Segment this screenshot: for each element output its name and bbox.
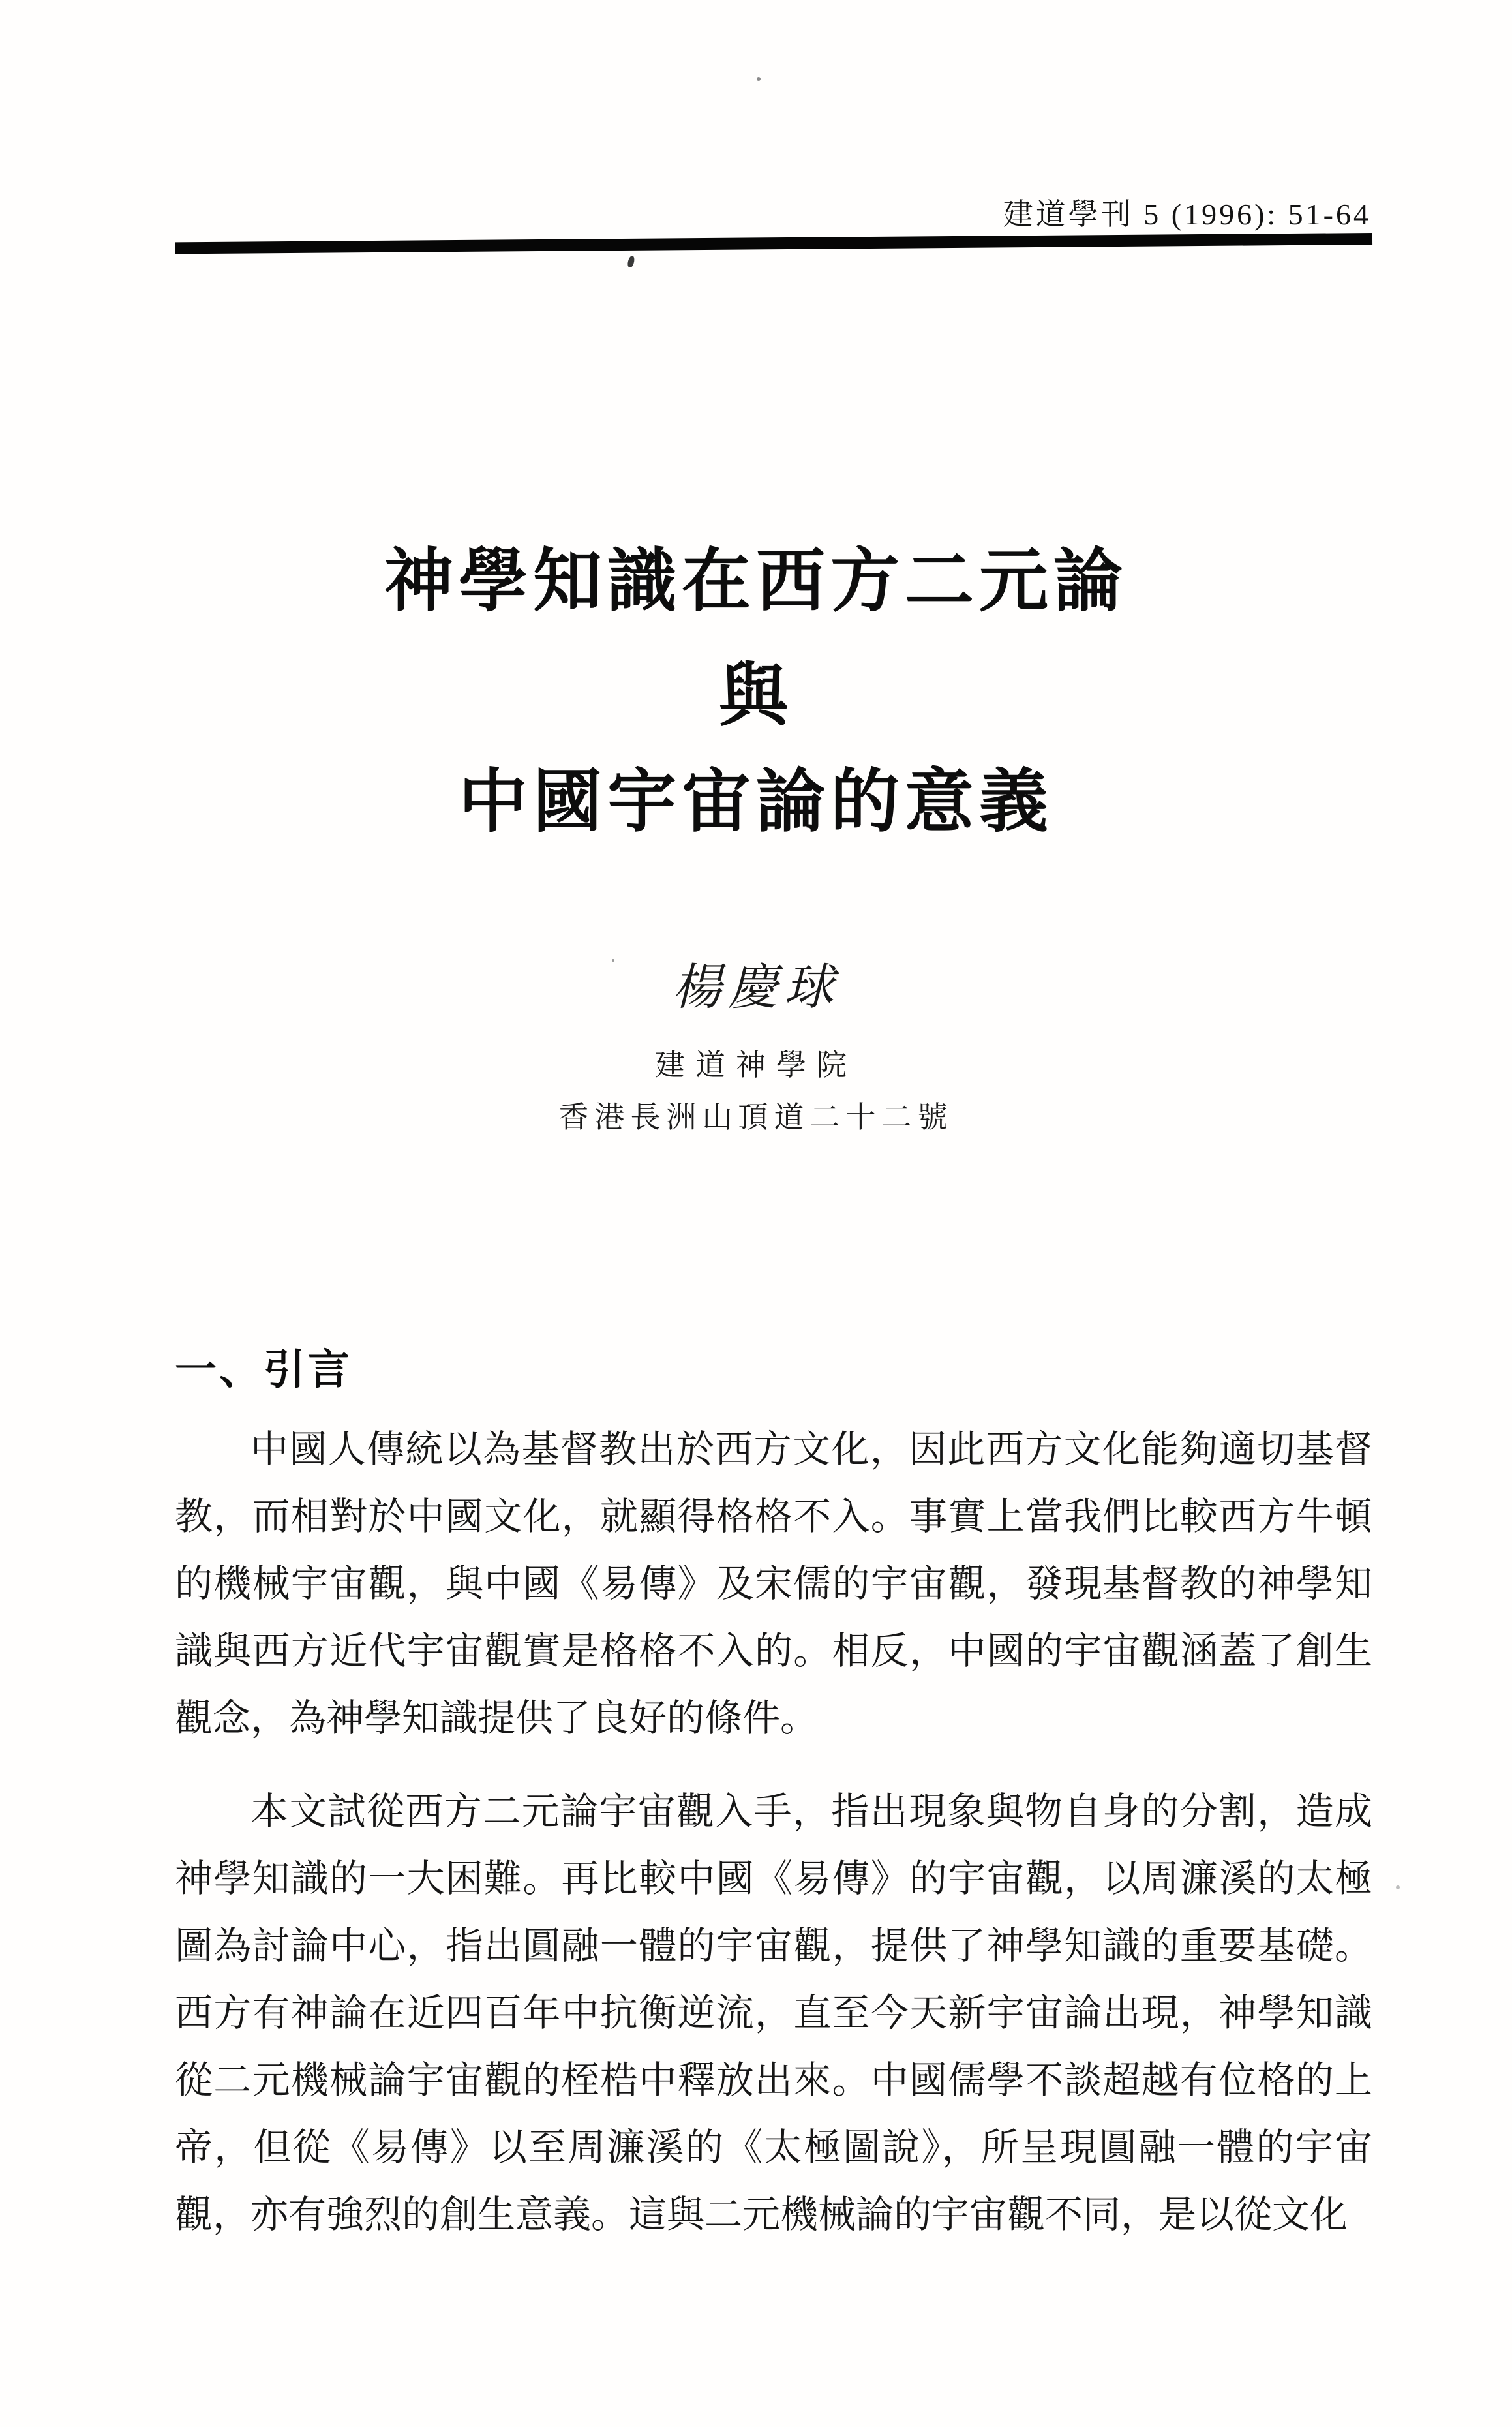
paragraph-line: 西方有神論在近四百年中抗衡逆流，直至今天新宇宙論出現，神學知識 (175, 1979, 1372, 2047)
scan-speck (612, 959, 614, 962)
paragraph-line: 帝，但從《易傳》以至周濂溪的《太極圖說》，所呈現圓融一體的宇宙 (175, 2114, 1372, 2181)
paragraph-line: 從二元機械論宇宙觀的桎梏中釋放出來。中國儒學不談超越有位格的上 (175, 2047, 1372, 2114)
author-address: 香港長洲山頂道二十二號 (0, 1093, 1512, 1137)
paragraph-line: 圖為討論中心，指出圓融一體的宇宙觀，提供了神學知識的重要基礎。 (175, 1912, 1372, 1979)
journal-citation: 建道學刊 5 (1996): 51-64 (1003, 191, 1371, 234)
author-institution: 建道神學院 (0, 1041, 1512, 1084)
paragraph-2: 本文試從西方二元論宇宙觀入手，指出現象與物自身的分割，造成神學知識的一大困難。再… (175, 1778, 1372, 2248)
paper-title-line-2: 與 (0, 641, 1512, 740)
header-rule (175, 233, 1372, 254)
scan-speck (627, 255, 635, 268)
paragraph-line: 神學知識的一大困難。再比較中國《易傳》的宇宙觀，以周濂溪的太極 (175, 1845, 1372, 1912)
scan-speck (1396, 1885, 1400, 1889)
scan-speck (757, 77, 761, 81)
author-name: 楊慶球 (0, 947, 1512, 1018)
paragraph-line: 觀，亦有強烈的創生意義。這與二元機械論的宇宙觀不同，是以從文化 (175, 2181, 1372, 2248)
paragraph-line: 教，而相對於中國文化，就顯得格格不入。事實上當我們比較西方牛頓 (175, 1483, 1372, 1550)
paper-title-line-3: 中國宇宙論的意義 (0, 746, 1512, 846)
paragraph-line: 中國人傳統以為基督教出於西方文化，因此西方文化能夠適切基督 (175, 1416, 1372, 1483)
scanned-paper-page: 建道學刊 5 (1996): 51-64 神學知識在西方二元論 與 中國宇宙論的… (0, 0, 1512, 2427)
paragraph-line: 的機械宇宙觀，與中國《易傳》及宋儒的宇宙觀，發現基督教的神學知 (175, 1550, 1372, 1617)
paragraph-1: 中國人傳統以為基督教出於西方文化，因此西方文化能夠適切基督教，而相對於中國文化，… (175, 1416, 1372, 1752)
paragraph-line: 本文試從西方二元論宇宙觀入手，指出現象與物自身的分割，造成 (175, 1778, 1372, 1845)
paragraph-line: 識與西方近代宇宙觀實是格格不入的。相反，中國的宇宙觀涵蓋了創生 (175, 1617, 1372, 1685)
paper-title-line-1: 神學知識在西方二元論 (0, 526, 1512, 625)
section-heading-introduction: 一、引言 (175, 1336, 352, 1396)
paragraph-line: 觀念，為神學知識提供了良好的條件。 (175, 1685, 1372, 1752)
